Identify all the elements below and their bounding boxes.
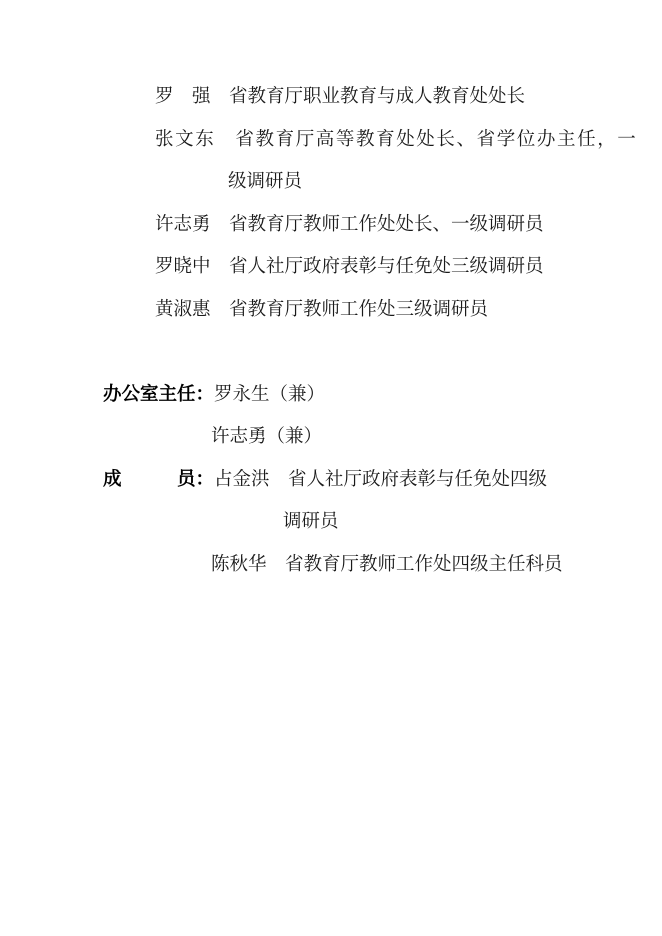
document-line: 罗 强 省教育厅职业教育与成人教育处处长: [0, 76, 662, 119]
line-text: 罗晓中 省人社厅政府表彰与任免处三级调研员: [155, 257, 544, 277]
line-text: 占金洪 省人社厅政府表彰与任免处四级: [214, 470, 547, 490]
line-text: 陈秋华 省教育厅教师工作处四级主任科员: [211, 555, 563, 575]
line-text: 许志勇 省教育厅教师工作处处长、一级调研员: [155, 215, 544, 235]
line-text: 许志勇（兼）: [211, 427, 322, 447]
document-line: 陈秋华 省教育厅教师工作处四级主任科员: [0, 544, 662, 587]
document-page: 罗 强 省教育厅职业教育与成人教育处处长 张文东 省教育厅高等教育处处长、省学位…: [0, 0, 662, 936]
role-label: 办公室主任：: [103, 385, 214, 405]
blank-line: [0, 331, 662, 374]
line-text: 黄淑惠 省教育厅教师工作处三级调研员: [155, 300, 488, 320]
document-line-members: 成 员：占金洪 省人社厅政府表彰与任免处四级: [0, 459, 662, 502]
document-body: 罗 强 省教育厅职业教育与成人教育处处长 张文东 省教育厅高等教育处处长、省学位…: [0, 76, 662, 586]
line-text: 调研员: [283, 512, 339, 532]
line-text: 罗 强 省教育厅职业教育与成人教育处处长: [155, 87, 525, 107]
document-line: 罗晓中 省人社厅政府表彰与任免处三级调研员: [0, 246, 662, 289]
line-text: 罗永生（兼）: [214, 385, 325, 405]
document-line: 黄淑惠 省教育厅教师工作处三级调研员: [0, 289, 662, 332]
line-text: 张文东 省教育厅高等教育处处长、省学位办主任，一: [155, 130, 637, 150]
document-line: 许志勇 省教育厅教师工作处处长、一级调研员: [0, 204, 662, 247]
document-line: 张文东 省教育厅高等教育处处长、省学位办主任，一: [0, 119, 662, 162]
document-line: 许志勇（兼）: [0, 416, 662, 459]
document-line-wrap: 级调研员: [0, 161, 662, 204]
document-line-wrap: 调研员: [0, 501, 662, 544]
document-line-office-director: 办公室主任：罗永生（兼）: [0, 374, 662, 417]
line-text: 级调研员: [228, 172, 302, 192]
role-label: 成 员：: [103, 470, 214, 490]
